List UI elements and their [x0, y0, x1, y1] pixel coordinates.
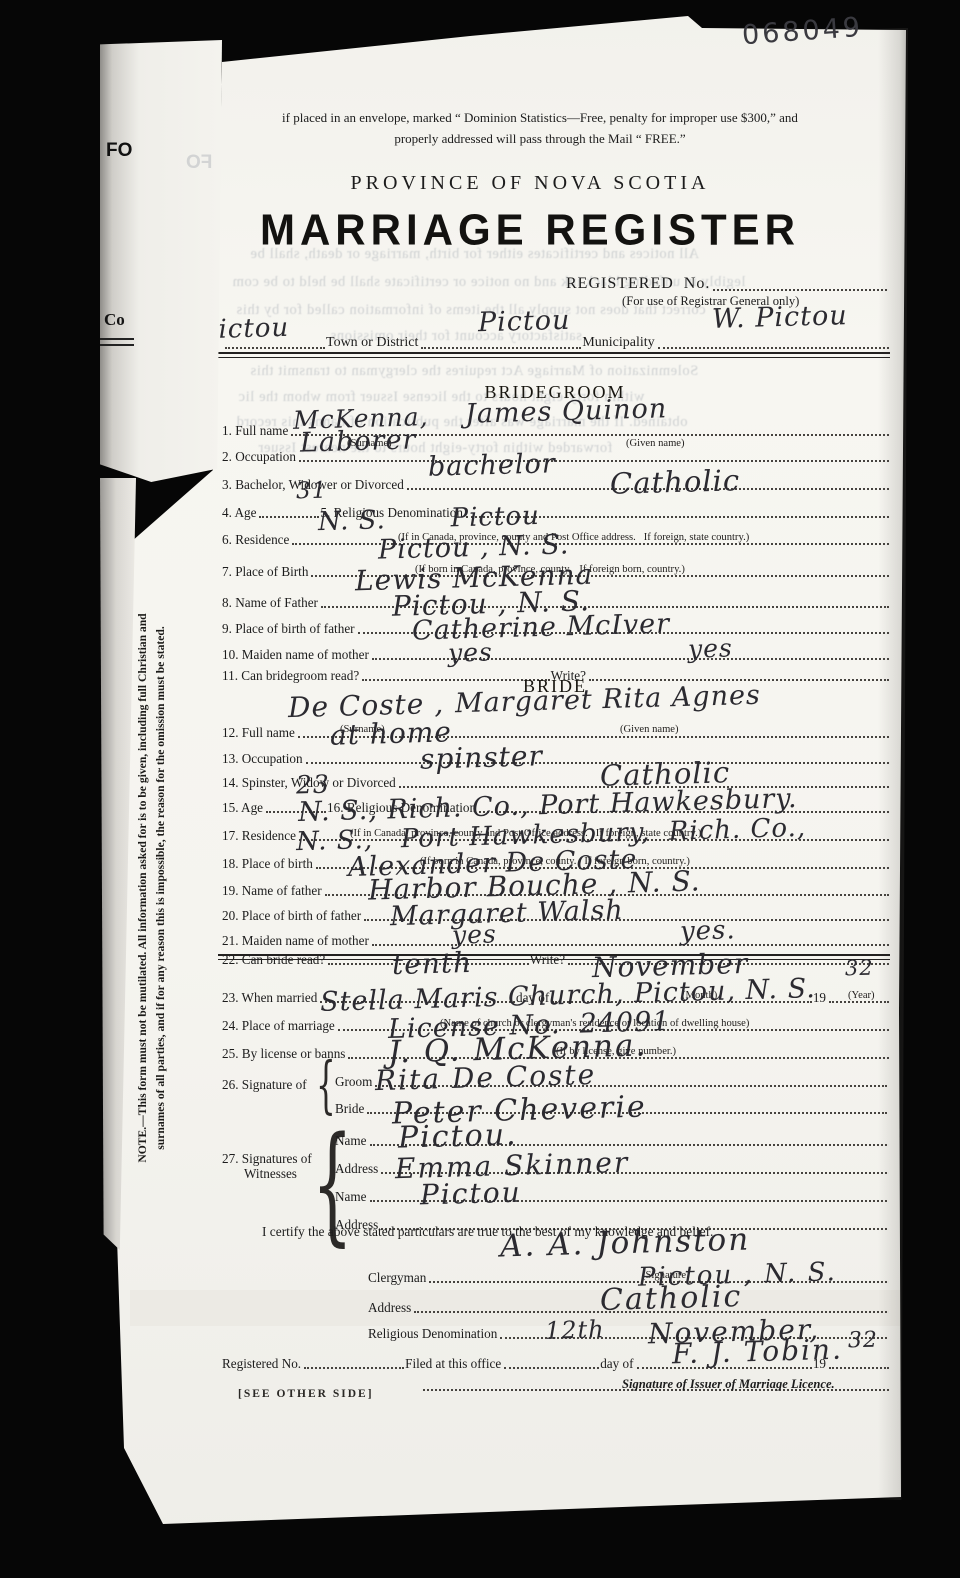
county-double-underline [100, 338, 134, 346]
registered-no-row: REGISTERED No. [566, 272, 888, 292]
issuer-signature-handwriting: F. J. Tobin. [672, 1336, 844, 1369]
dotted-line [306, 762, 889, 764]
bg-residence-label: 6. Residence [222, 533, 289, 546]
witness1-name-label: Name [335, 1134, 367, 1147]
br-occupation-label: 13. Occupation [222, 752, 303, 765]
scanned-marriage-register: All notices and certificates either for … [0, 0, 960, 1578]
clergyman-label: Clergyman [368, 1271, 426, 1284]
province-title: PROVINCE OF NOVA SCOTIA [210, 172, 850, 195]
filed-day-handwriting: 12th [545, 1317, 605, 1343]
bride-signature-handwriting: Rita De Coste [375, 1061, 597, 1095]
witnesses-label-line2: Witnesses [244, 1167, 297, 1180]
bg-read-handwriting: yes [448, 639, 493, 665]
clergyman-signature-handwriting: A. A. Johnston [500, 1225, 751, 1263]
witness2-address-handwriting: Pictou [420, 1179, 522, 1210]
bg-mother-label: 10. Maiden name of mother [222, 648, 369, 661]
br-read-handwriting: yes [452, 921, 497, 947]
bleedthrough-line: Solemnization of Marriage Act requires t… [250, 363, 698, 380]
filed-year-handwriting: 32 [848, 1330, 879, 1353]
year-caption: (Year) [848, 990, 875, 1001]
mailing-note-line1: if placed in an envelope, marked “ Domin… [190, 110, 890, 126]
witnesses-label-line1: 27. Signatures of [222, 1152, 312, 1165]
field-bg-mother: 10. Maiden name of mother [222, 641, 890, 661]
bg-father-birthplace-label: 9. Place of birth of father [222, 622, 355, 635]
county-label-fragment: Co [104, 310, 125, 330]
when-day-handwriting: tenth [392, 949, 473, 979]
bg-age-handwriting: 31 [296, 480, 328, 504]
dotted-line [713, 289, 887, 291]
br-age-handwriting: 23 [296, 772, 330, 798]
bg-write-handwriting: yes [688, 635, 733, 661]
dotted-line [299, 460, 889, 462]
dotted-line [259, 516, 319, 518]
field-br-mother: 21. Maiden name of mother [222, 927, 890, 947]
bg-given-handwriting: James Quinon [465, 395, 668, 428]
underlying-page-strip [100, 40, 222, 482]
see-other-side-note: [SEE OTHER SIDE] [238, 1388, 374, 1400]
cert-religion-handwriting: Catholic [600, 1282, 743, 1316]
municipality-handwriting: W. Pictou [712, 302, 848, 333]
bg-age-label: 4. Age [222, 506, 256, 519]
clergyman-address-label: Address [368, 1301, 411, 1314]
bg-father-label: 8. Name of Father [222, 596, 318, 609]
year-handwriting: 32 [845, 958, 874, 980]
bg-occupation-label: 2. Occupation [222, 450, 296, 463]
town-district-label: Town or District [326, 336, 418, 350]
town-district-handwriting: Pictou [478, 307, 571, 337]
cert-religion-label: Religious Denomination [368, 1327, 497, 1340]
br-father-birthplace-label: 20. Place of birth of father [222, 909, 361, 922]
side-note-line1: NOTE.—This form must not be mutilated. A… [136, 613, 149, 1162]
groom-label: Groom [335, 1075, 372, 1088]
bg-religion-handwriting: Catholic [610, 466, 741, 499]
side-note-line2: surnames of all parties, and if for any … [154, 626, 167, 1149]
dotted-line [504, 1367, 599, 1369]
br-residence-label: 17. Residence [222, 829, 296, 842]
br-fullname-label: 12. Full name [222, 726, 295, 739]
bottom-registered-no-label: Registered No. [222, 1357, 301, 1370]
filed-label: Filed at this office [405, 1357, 501, 1370]
mailing-note-line2: properly addressed will pass through the… [190, 131, 890, 147]
place-of-marriage-label: 24. Place of marriage [222, 1019, 335, 1032]
signature-of-label: 26. Signature of [222, 1078, 307, 1091]
br-mother-handwriting: Margaret Walsh [390, 897, 624, 931]
fo-ghost-bleed: FO [186, 152, 212, 174]
bg-status-handwriting: bachelor [428, 450, 556, 481]
field-witness2-name: Name [335, 1183, 888, 1203]
double-rule-mid [218, 954, 890, 960]
issuer-signature-caption: Signature of Issuer of Marriage Licence. [622, 1377, 835, 1392]
double-rule-top [218, 352, 890, 358]
dotted-line [829, 1367, 889, 1369]
field-br-occupation: 13. Occupation [222, 745, 890, 765]
register-title: MARRIAGE REGISTER [210, 205, 850, 255]
when-married-label: 23. When married [222, 991, 317, 1004]
fo-margin-text: FO [106, 140, 132, 162]
bg-occupation-handwriting: Laborer [300, 426, 417, 456]
dotted-line [658, 347, 889, 349]
side-note-vertical: NOTE.—This form must not be mutilated. A… [134, 543, 170, 1233]
bottom-day-of-label: day of [600, 1357, 633, 1370]
dotted-line [421, 347, 581, 349]
dotted-line [829, 1001, 889, 1003]
witness2-name-label: Name [335, 1190, 367, 1203]
dotted-line [304, 1367, 404, 1369]
br-given-handwriting: Margaret Rita Agnes [455, 682, 761, 718]
municipality-label: Municipality [582, 336, 654, 350]
br-status-handwriting: spinster [420, 742, 544, 773]
dotted-line [225, 347, 325, 349]
registered-no-label: REGISTERED No. [566, 276, 710, 292]
br-write-handwriting: yes. [680, 917, 736, 945]
bg-fullname-label: 1. Full name [222, 424, 288, 437]
br-age-label: 15. Age [222, 801, 263, 814]
bg-birthplace-label: 7. Place of Birth [222, 565, 308, 578]
br-given-caption: (Given name) [620, 724, 679, 735]
br-birthplace-label: 18. Place of birth [222, 857, 313, 870]
witness1-address-label: Address [335, 1162, 378, 1175]
br-father-label: 19. Name of father [222, 884, 322, 897]
